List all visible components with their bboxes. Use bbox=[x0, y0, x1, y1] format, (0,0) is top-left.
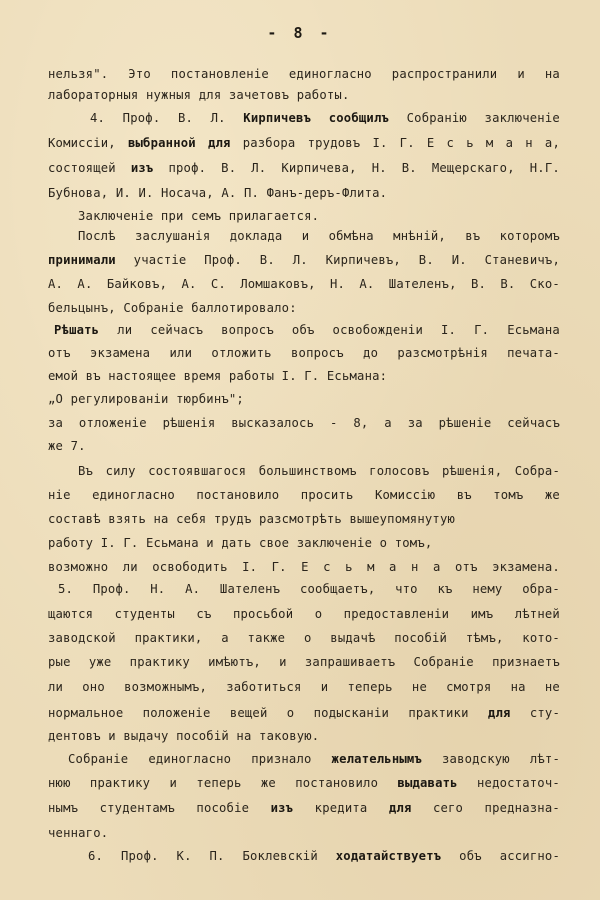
word: отъ bbox=[48, 345, 71, 361]
word: къ bbox=[437, 581, 452, 597]
word: Г. bbox=[474, 322, 489, 338]
word: Проф. bbox=[123, 110, 161, 126]
word: Е bbox=[301, 559, 309, 575]
text-line: рыеужепрактикуимѣютъ,изапрашиваетъСобран… bbox=[48, 654, 560, 670]
word: Комиссіи, bbox=[48, 135, 116, 151]
text-line: щаютсястудентысъпросьбойопредоставленіии… bbox=[48, 606, 560, 622]
word: лѣт- bbox=[530, 751, 560, 767]
word: В. bbox=[178, 110, 193, 126]
word: ніе bbox=[48, 487, 71, 503]
text-line: составѣ взять на себя трудъ разсмотрѣть … bbox=[48, 511, 455, 527]
word: смотря bbox=[446, 679, 491, 695]
word: имъ bbox=[471, 606, 494, 622]
word: рѣшенія bbox=[163, 415, 216, 431]
word: В. bbox=[500, 276, 515, 292]
word: о bbox=[315, 606, 323, 622]
word: А. bbox=[77, 276, 92, 292]
word: Л. bbox=[251, 160, 266, 176]
word: Собраніе bbox=[68, 751, 128, 767]
word: В. bbox=[419, 252, 434, 268]
text-line: возможнолиосвободитьІ.Г.Есьманаотъэкзаме… bbox=[48, 559, 560, 575]
word: заключеніе bbox=[485, 110, 560, 126]
word: А. bbox=[359, 276, 374, 292]
word: студентамъ bbox=[100, 800, 175, 816]
word: уже bbox=[89, 654, 112, 670]
word: нормальное bbox=[48, 705, 123, 721]
word: принимали bbox=[48, 252, 116, 268]
word: состоявшагося bbox=[148, 463, 246, 479]
word: же bbox=[545, 487, 560, 503]
text-line: 5.Проф.Н.А.Шателенъсообщаетъ,чтокънемуоб… bbox=[58, 581, 560, 597]
word: предоставленіи bbox=[344, 606, 450, 622]
text-line: „О регулированіи тюрбинъ"; bbox=[48, 391, 244, 407]
word: на bbox=[545, 66, 560, 82]
word: С. bbox=[211, 276, 226, 292]
word: Кирпичева, bbox=[281, 160, 356, 176]
word: запрашиваетъ bbox=[305, 654, 395, 670]
word: а, bbox=[545, 135, 560, 151]
word: Собраніе bbox=[414, 654, 474, 670]
word: отложеніе bbox=[79, 415, 147, 431]
word: рѣшеніе bbox=[439, 415, 492, 431]
text-line: лабораторныя нужныя для зачетовъ работы. bbox=[48, 87, 350, 103]
word: участіе bbox=[134, 252, 187, 268]
word: о bbox=[304, 630, 312, 646]
word: рые bbox=[48, 654, 71, 670]
word: объ bbox=[459, 848, 482, 864]
word: положеніе bbox=[143, 705, 211, 721]
word: отъ bbox=[455, 559, 478, 575]
word: 4. bbox=[90, 110, 105, 126]
text-line: Комиссіи,выбраннойдляразборатрудовъІ.Г.Е… bbox=[48, 135, 560, 151]
word: Кирпичевъ, bbox=[326, 252, 401, 268]
word: с bbox=[323, 559, 331, 575]
word: съ bbox=[196, 606, 211, 622]
word: практики bbox=[408, 705, 468, 721]
word: І. bbox=[372, 135, 387, 151]
word: Это bbox=[128, 66, 151, 82]
word: ь bbox=[345, 559, 353, 575]
word: за bbox=[408, 415, 423, 431]
word: Н. bbox=[372, 160, 387, 176]
word: В. bbox=[402, 160, 417, 176]
word: имѣютъ, bbox=[208, 654, 261, 670]
word: В. bbox=[221, 160, 236, 176]
word: же bbox=[261, 775, 276, 791]
word: а bbox=[389, 559, 397, 575]
word: Г. bbox=[400, 135, 415, 151]
word: также bbox=[248, 630, 286, 646]
word: м bbox=[367, 559, 375, 575]
text-line: 4.Проф.В.Л.КирпичевъсообщилъСобраніюзакл… bbox=[90, 110, 560, 126]
word: Проф. bbox=[93, 581, 131, 597]
text-line: ченнаго. bbox=[48, 825, 108, 841]
word: Шателенъ bbox=[220, 581, 280, 597]
word: сообщаетъ, bbox=[300, 581, 375, 597]
word: единогласно bbox=[289, 66, 372, 82]
page-number: - 8 - bbox=[0, 24, 600, 42]
word: распространили bbox=[392, 66, 498, 82]
word: рѣшенія, bbox=[442, 463, 502, 479]
word: студенты bbox=[115, 606, 175, 622]
word: и bbox=[279, 654, 287, 670]
word: м bbox=[486, 135, 494, 151]
word: и bbox=[517, 66, 525, 82]
word: отложить bbox=[211, 345, 271, 361]
text-line: нымъстудентамъпособіеизъкредитадлясегопр… bbox=[48, 800, 560, 816]
word: освободить bbox=[152, 559, 227, 575]
word: освобожденіи bbox=[333, 322, 423, 338]
word: практики, bbox=[135, 630, 203, 646]
word: въ bbox=[465, 228, 480, 244]
word: П. bbox=[210, 848, 225, 864]
word: мнѣній, bbox=[393, 228, 446, 244]
word: Ломшаковъ, bbox=[240, 276, 315, 292]
word: И. bbox=[452, 252, 467, 268]
word: нюю bbox=[48, 775, 71, 791]
word: разсмотрѣнія bbox=[397, 345, 487, 361]
word: нельзя". bbox=[48, 66, 108, 82]
word: возможнымъ, bbox=[124, 679, 207, 695]
text-line: Въсилусостоявшагосябольшинствомъголосовъ… bbox=[78, 463, 560, 479]
word: ли bbox=[123, 559, 138, 575]
word: лѣтней bbox=[515, 606, 560, 622]
document-page: - 8 - нельзя".Этопостановленіеединогласн… bbox=[0, 0, 600, 900]
word: заботиться bbox=[226, 679, 301, 695]
word: Ско- bbox=[530, 276, 560, 292]
word: заводскую bbox=[442, 751, 510, 767]
word: Комиссію bbox=[375, 487, 435, 503]
word: ассигно- bbox=[500, 848, 560, 864]
text-line: Собраніеединогласнопризналожелательнымъз… bbox=[68, 751, 560, 767]
word: Байковъ, bbox=[107, 276, 167, 292]
word: ли bbox=[48, 679, 63, 695]
word: 6. bbox=[88, 848, 103, 864]
word: постановило bbox=[196, 487, 279, 503]
text-line: емой въ настоящее время работы І. Г. Есь… bbox=[48, 368, 387, 384]
word: 8, bbox=[353, 415, 368, 431]
text-line: РѣшатьлисейчасъвопросъобъосвобожденіиІ.Г… bbox=[54, 322, 560, 338]
word: А. bbox=[48, 276, 63, 292]
word: для bbox=[488, 705, 511, 721]
word: Е bbox=[427, 135, 435, 151]
text-line: нельзя".Этопостановленіеединогласнораспр… bbox=[48, 66, 560, 82]
word: Н. bbox=[150, 581, 165, 597]
word: нему bbox=[472, 581, 502, 597]
text-line: лионовозможнымъ,заботитьсяитеперьнесмотр… bbox=[48, 679, 560, 695]
word: экзамена bbox=[90, 345, 150, 361]
word: Боклевскій bbox=[242, 848, 317, 864]
text-line: нормальноеположеніевещейоподысканіипракт… bbox=[48, 705, 560, 721]
word: сего bbox=[433, 800, 463, 816]
word: сообщилъ bbox=[329, 110, 389, 126]
word: желательнымъ bbox=[332, 751, 422, 767]
word: которомъ bbox=[500, 228, 560, 244]
word: что bbox=[395, 581, 418, 597]
text-line: заотложеніерѣшеніявысказалось-8,азарѣшен… bbox=[48, 415, 560, 431]
word: ь bbox=[466, 135, 474, 151]
word: оно bbox=[82, 679, 105, 695]
word: выдачѣ bbox=[330, 630, 375, 646]
word: ходатайствуетъ bbox=[336, 848, 442, 864]
word: просьбой bbox=[233, 606, 293, 622]
word: Проф. bbox=[121, 848, 159, 864]
word: единогласно bbox=[148, 751, 231, 767]
word: Л. bbox=[293, 252, 308, 268]
word: Н. bbox=[330, 276, 345, 292]
word: постановило bbox=[295, 775, 378, 791]
word: н bbox=[411, 559, 419, 575]
text-line: отъэкзаменаилиотложитьвопросъдоразсмотрѣ… bbox=[48, 345, 560, 361]
word: с bbox=[447, 135, 455, 151]
word: экзамена. bbox=[492, 559, 560, 575]
word: Станевичъ, bbox=[485, 252, 560, 268]
word: единогласно bbox=[92, 487, 175, 503]
word: постановленіе bbox=[171, 66, 269, 82]
word: заслушанія bbox=[135, 228, 210, 244]
word: подысканіи bbox=[314, 705, 389, 721]
word: вопросъ bbox=[221, 322, 274, 338]
word: а bbox=[384, 415, 392, 431]
word: нымъ bbox=[48, 800, 78, 816]
word: Проф. bbox=[204, 252, 242, 268]
word: въ bbox=[457, 487, 472, 503]
word: силу bbox=[106, 463, 136, 479]
word: за bbox=[48, 415, 63, 431]
word: В. bbox=[260, 252, 275, 268]
word: Мещерскаго, bbox=[432, 160, 515, 176]
word: выбранной bbox=[128, 135, 196, 151]
word: сейчасъ bbox=[150, 322, 203, 338]
word: практику bbox=[90, 775, 150, 791]
text-line: Бубнова, И. И. Носача, А. П. Фанъ-деръ-Ф… bbox=[48, 185, 387, 201]
word: сейчасъ bbox=[507, 415, 560, 431]
word: Въ bbox=[78, 463, 93, 479]
word: обмѣна bbox=[329, 228, 374, 244]
word: просить bbox=[301, 487, 354, 503]
word: Собра- bbox=[515, 463, 560, 479]
word: тѣмъ, bbox=[466, 630, 504, 646]
word: кредита bbox=[315, 800, 368, 816]
word: возможно bbox=[48, 559, 108, 575]
text-line: Заключеніе при семъ прилагается. bbox=[78, 208, 319, 224]
text-line: нююпрактикуитеперьжепостановиловыдаватьн… bbox=[48, 775, 560, 791]
word: практику bbox=[130, 654, 190, 670]
word: высказалось bbox=[231, 415, 314, 431]
word: недостаточ- bbox=[477, 775, 560, 791]
word: Л. bbox=[211, 110, 226, 126]
text-line: дентовъ и выдачу пособій на таковую. bbox=[48, 728, 319, 744]
word: щаются bbox=[48, 606, 93, 622]
word: изъ bbox=[271, 800, 294, 816]
word: Шателенъ, bbox=[389, 276, 457, 292]
word: К. bbox=[177, 848, 192, 864]
word: объ bbox=[292, 322, 315, 338]
word: вопросъ bbox=[291, 345, 344, 361]
word: для bbox=[208, 135, 231, 151]
word: Н.Г. bbox=[530, 160, 560, 176]
word: пособій bbox=[394, 630, 447, 646]
word: І. bbox=[441, 322, 456, 338]
word: для bbox=[389, 800, 412, 816]
word: на bbox=[511, 679, 526, 695]
word: а bbox=[221, 630, 229, 646]
word: а bbox=[506, 135, 514, 151]
word: состоящей bbox=[48, 160, 116, 176]
word: А. bbox=[185, 581, 200, 597]
word: ли bbox=[117, 322, 132, 338]
word: и bbox=[302, 228, 310, 244]
word: Кирпичевъ bbox=[243, 110, 311, 126]
word: Есьмана bbox=[507, 322, 560, 338]
word: и bbox=[170, 775, 178, 791]
word: а bbox=[433, 559, 441, 575]
text-line: ніеединогласнопостановилопроситьКомиссію… bbox=[48, 487, 560, 503]
word: - bbox=[330, 415, 338, 431]
word: и bbox=[321, 679, 329, 695]
word: признаетъ bbox=[492, 654, 560, 670]
text-line: бельцынъ, Собраніе баллотировало: bbox=[48, 300, 297, 316]
word: предназна- bbox=[485, 800, 560, 816]
word: печата- bbox=[507, 345, 560, 361]
word: Г. bbox=[272, 559, 287, 575]
word: вещей bbox=[230, 705, 268, 721]
word: кото- bbox=[522, 630, 560, 646]
word: теперь bbox=[196, 775, 241, 791]
word: разбора bbox=[243, 135, 296, 151]
word: трудовъ bbox=[308, 135, 361, 151]
word: признало bbox=[251, 751, 311, 767]
word: Собранію bbox=[407, 110, 467, 126]
word: не bbox=[412, 679, 427, 695]
text-line: работу І. Г. Есьмана и дать свое заключе… bbox=[48, 535, 432, 551]
word: н bbox=[525, 135, 533, 151]
word: до bbox=[363, 345, 378, 361]
word: обра- bbox=[522, 581, 560, 597]
word: проф. bbox=[168, 160, 206, 176]
text-line: заводскойпрактики,атакжеовыдачѣпособійтѣ… bbox=[48, 630, 560, 646]
word: пособіе bbox=[196, 800, 249, 816]
word: теперь bbox=[347, 679, 392, 695]
word: томъ bbox=[493, 487, 523, 503]
word: доклада bbox=[230, 228, 283, 244]
word: В. bbox=[471, 276, 486, 292]
text-line: состоящейизъпроф.В.Л.Кирпичева,Н.В.Мещер… bbox=[48, 160, 560, 176]
word: 5. bbox=[58, 581, 73, 597]
word: А. bbox=[181, 276, 196, 292]
text-line: принималиучастіеПроф.В.Л.Кирпичевъ,В.И.С… bbox=[48, 252, 560, 268]
word: не bbox=[545, 679, 560, 695]
text-line: Послѣзаслушаніядокладаиобмѣнамнѣній,въко… bbox=[78, 228, 560, 244]
text-line: 6.Проф.К.П.Боклевскійходатайствуетъобъас… bbox=[88, 848, 560, 864]
word: Рѣшать bbox=[54, 322, 99, 338]
word: голосовъ bbox=[369, 463, 429, 479]
text-line: А.А.Байковъ,А.С.Ломшаковъ,Н.А.Шателенъ,В… bbox=[48, 276, 560, 292]
word: Послѣ bbox=[78, 228, 116, 244]
word: большинствомъ bbox=[259, 463, 357, 479]
text-line: же 7. bbox=[48, 438, 86, 454]
word: или bbox=[170, 345, 193, 361]
word: о bbox=[287, 705, 295, 721]
word: І. bbox=[242, 559, 257, 575]
word: сту- bbox=[530, 705, 560, 721]
word: изъ bbox=[131, 160, 154, 176]
word: заводской bbox=[48, 630, 116, 646]
word: выдавать bbox=[397, 775, 457, 791]
